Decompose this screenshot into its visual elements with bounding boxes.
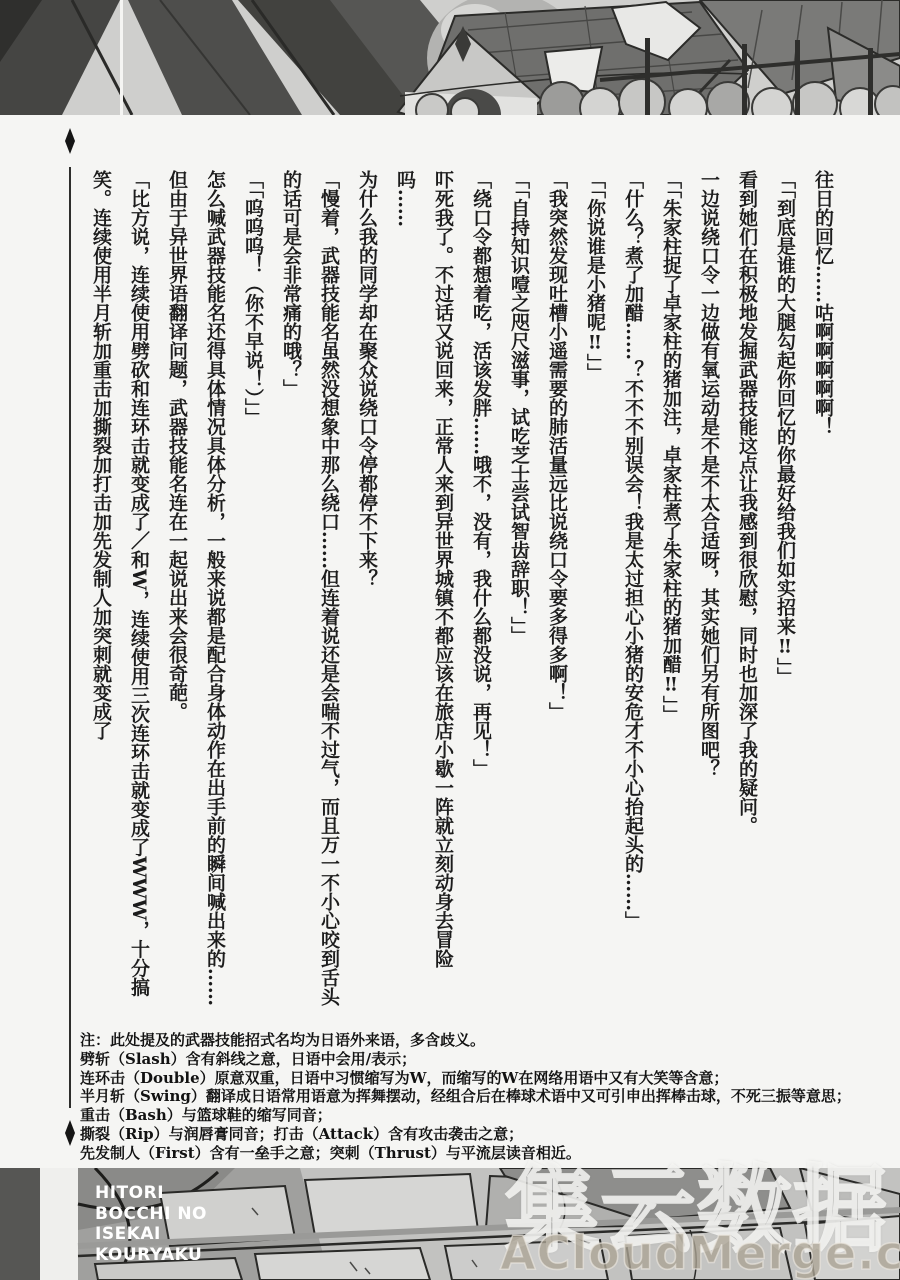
diamond-marker-top (65, 128, 75, 154)
paragraph: 「「你说谁是小猪呢‼」」 (576, 170, 614, 1022)
paragraph: 但由于异世界语翻译问题，武器技能名连在一起说出来会很奇葩。 (158, 170, 196, 1022)
top-illustration-art (0, 0, 900, 115)
paragraph: 「「朱家柱捉了卓家柱的猪加注，卓家柱煮了朱家柱的猪加醋‼」」 (652, 170, 690, 1022)
paragraph: 看到她们在积极地发掘武器技能这点让我感到很欣慰，同时也加深了我的疑问。 (728, 170, 766, 1022)
paragraph: 为什么我的同学却在聚众说绕口令停都停不下来？ (348, 170, 386, 1022)
note-line: 重击（Bash）与篮球鞋的缩写同音； (80, 1106, 880, 1125)
novel-page: 往日的回忆……咕啊啊啊啊啊！ 「「到底是谁的大腿勾起你回忆的你最好给我们如实招来… (0, 0, 900, 1280)
paragraph: 「比方说，连续使用劈砍和连环击就变成了／和W，连续使用三次连环击就变成了WWW，… (82, 170, 158, 1022)
note-line: 半月斩（Swing）翻译成日语常用语意为挥舞摆动，经组合后在棒球术语中又可引申出… (80, 1087, 880, 1106)
paragraph: 「绕口令都想着吃，活该发胖……哦不，没有，我什么都没说，再见！」 (462, 170, 500, 1022)
paragraph: 「什么？煮了加醋……？不不不别误会！我是太过担心小猪的安危才不小心抬起头的……」 (614, 170, 652, 1022)
note-line: 劈斩（Slash）含有斜线之意，日语中会用/表示； (80, 1050, 880, 1069)
paragraph: 一边说绕口令一边做有氧运动是不是不太合适呀，其实她们另有所图吧？ (690, 170, 728, 1022)
paragraph: 「「呜呜呜！（你不早说！）」」 (234, 170, 272, 1022)
novel-text: 往日的回忆……咕啊啊啊啊啊！ 「「到底是谁的大腿勾起你回忆的你最好给我们如实招来… (84, 170, 842, 1022)
series-logo-line: KOURYAKU (95, 1245, 207, 1266)
note-line: 注：此处提及的武器技能招式名均为日语外来语，多含歧义。 (80, 1031, 880, 1050)
series-logo-line: BOCCHI NO (95, 1204, 207, 1225)
watermark-url: ACloudMerge.com (500, 1226, 900, 1280)
top-illustration (0, 0, 900, 115)
note-line: 连环击（Double）原意双重，日语中习惯缩写为W，而缩写的W在网络用语中又有大… (80, 1069, 880, 1088)
section-divider-line (69, 167, 71, 1108)
paragraph: 吓死我了。不过话又说回来，正常人来到异世界城镇不都应该在旅店小歇一阵就立刻动身去… (386, 170, 462, 1022)
paragraph: 「我突然发现吐槽小遥需要的肺活量远比说绕口令要多得多啊！」 (538, 170, 576, 1022)
series-logo-line: HITORI (95, 1183, 207, 1204)
series-logo: HITORI BOCCHI NO ISEKAI KOURYAKU (95, 1183, 207, 1265)
paragraph: 「「自持知识噎之咫尺滋事，试吃芝士尝试智齿辞职！」」 (500, 170, 538, 1022)
paragraph: 「「到底是谁的大腿勾起你回忆的你最好给我们如实招来‼」」 (766, 170, 804, 1022)
series-logo-line: ISEKAI (95, 1224, 207, 1245)
paragraph: 往日的回忆……咕啊啊啊啊啊！ (804, 170, 842, 1022)
paragraph: 怎么喊武器技能名还得具体情况具体分析，一般来说都是配合身体动作在出手前的瞬间喊出… (196, 170, 234, 1022)
diamond-marker-bottom (65, 1120, 75, 1146)
paragraph: 「慢着，武器技能名虽然没想象中那么绕口……但连着说还是会喘不过气，而且万一不小心… (272, 170, 348, 1022)
